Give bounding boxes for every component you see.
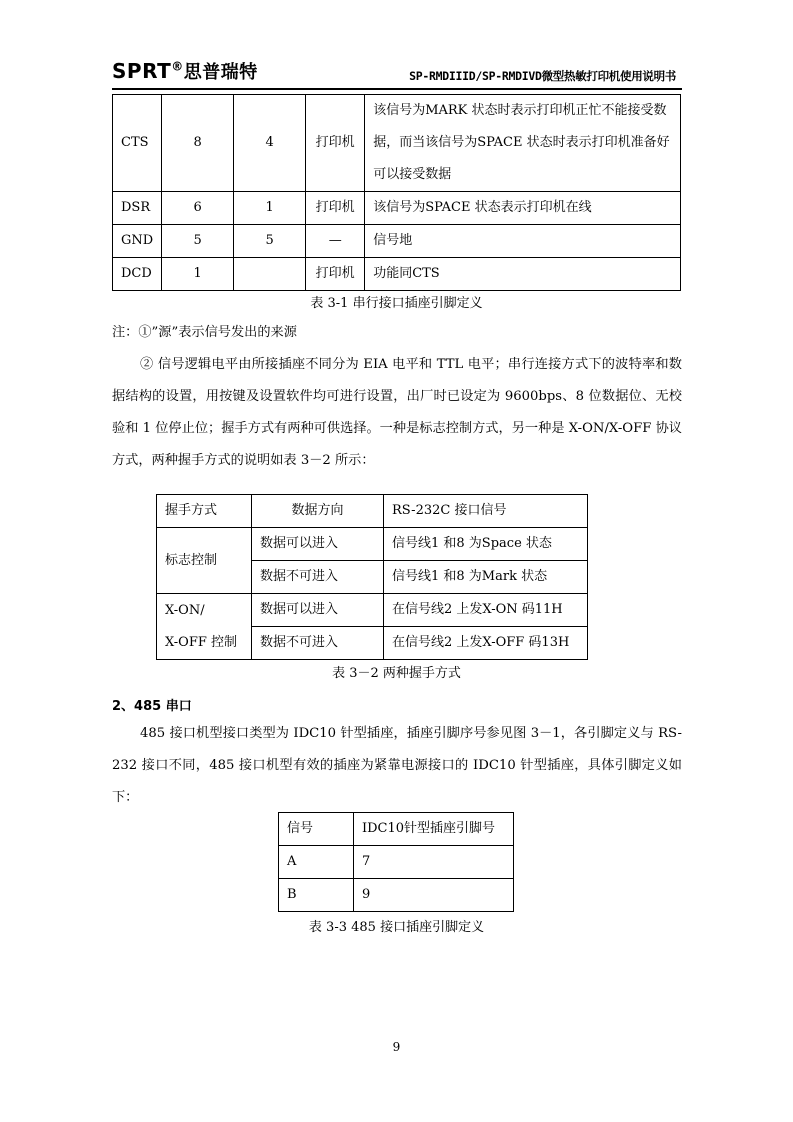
signal-cell: 在信号线2 上发X-ON 码11H — [384, 594, 588, 627]
table-row: DCD 1 打印机 功能同CTS — [113, 258, 681, 291]
description-cell: 信号地 — [365, 225, 681, 258]
brand-logo: SPRT®思普瑞特 — [112, 58, 258, 84]
signal-cell: DSR — [113, 192, 162, 225]
pin-cell: 7 — [354, 846, 514, 879]
description-cell: 该信号为SPACE 状态表示打印机在线 — [365, 192, 681, 225]
rs485-pin-table: 信号 IDC10针型插座引脚号 A 7 B 9 — [278, 812, 514, 912]
pin-cell: 6 — [162, 192, 234, 225]
table-caption: 表 3－2 两种握手方式 — [0, 662, 793, 681]
source-cell: 打印机 — [306, 258, 365, 291]
signal-cell: 在信号线2 上发X-OFF 码13H — [384, 627, 588, 660]
document-title: SP-RMDIIID/SP-RMDIVD微型热敏打印机使用说明书 — [409, 68, 676, 84]
table-row: GND 5 5 — 信号地 — [113, 225, 681, 258]
direction-cell: 数据可以进入 — [252, 594, 384, 627]
source-cell: 打印机 — [306, 192, 365, 225]
table-row: A 7 — [279, 846, 514, 879]
signal-cell: DCD — [113, 258, 162, 291]
table-header-row: 握手方式 数据方向 RS-232C 接口信号 — [157, 495, 588, 528]
note-1: 注：①”源”表示信号发出的来源 — [112, 317, 682, 349]
method-line: X-ON/ — [165, 595, 243, 627]
column-header: RS-232C 接口信号 — [384, 495, 588, 528]
column-header: 数据方向 — [252, 495, 384, 528]
table-header-row: 信号 IDC10针型插座引脚号 — [279, 813, 514, 846]
section-heading: 2、485 串口 — [112, 695, 192, 714]
pin-cell — [234, 258, 306, 291]
direction-cell: 数据不可进入 — [252, 627, 384, 660]
column-header: IDC10针型插座引脚号 — [354, 813, 514, 846]
brand-name-cn: 思普瑞特 — [184, 62, 258, 83]
column-header: 信号 — [279, 813, 354, 846]
pin-cell: 1 — [162, 258, 234, 291]
table-row: DSR 6 1 打印机 该信号为SPACE 状态表示打印机在线 — [113, 192, 681, 225]
table-row: CTS 8 4 打印机 该信号为MARK 状态时表示打印机正忙不能接受数据，而当… — [113, 95, 681, 192]
handshake-table: 握手方式 数据方向 RS-232C 接口信号 标志控制 数据可以进入 信号线1 … — [156, 494, 588, 660]
description-cell: 功能同CTS — [365, 258, 681, 291]
page-number: 9 — [0, 1040, 793, 1054]
description-cell: 该信号为MARK 状态时表示打印机正忙不能接受数据，而当该信号为SPACE 状态… — [365, 95, 681, 192]
pin-cell: 9 — [354, 879, 514, 912]
signal-cell: 信号线1 和8 为Mark 状态 — [384, 561, 588, 594]
table-caption: 表 3-3 485 接口插座引脚定义 — [0, 916, 793, 935]
method-line: X-OFF 控制 — [165, 627, 243, 659]
pin-cell: 1 — [234, 192, 306, 225]
direction-cell: 数据可以进入 — [252, 528, 384, 561]
table-caption: 表 3-1 串行接口插座引脚定义 — [0, 292, 793, 311]
source-cell: 打印机 — [306, 95, 365, 192]
signal-cell: B — [279, 879, 354, 912]
method-cell: X-ON/ X-OFF 控制 — [157, 594, 252, 660]
pin-cell: 5 — [162, 225, 234, 258]
direction-cell: 数据不可进入 — [252, 561, 384, 594]
table-row: B 9 — [279, 879, 514, 912]
column-header: 握手方式 — [157, 495, 252, 528]
signal-cell: CTS — [113, 95, 162, 192]
section-paragraph: 485 接口机型接口类型为 IDC10 针型插座，插座引脚序号参见图 3－1，各… — [112, 718, 682, 814]
method-cell: 标志控制 — [157, 528, 252, 594]
signal-cell: 信号线1 和8 为Space 状态 — [384, 528, 588, 561]
table-row: X-ON/ X-OFF 控制 数据可以进入 在信号线2 上发X-ON 码11H — [157, 594, 588, 627]
signal-cell: A — [279, 846, 354, 879]
pin-cell: 5 — [234, 225, 306, 258]
pin-cell: 8 — [162, 95, 234, 192]
pin-cell: 4 — [234, 95, 306, 192]
registered-mark: ® — [171, 59, 184, 73]
page-header: SPRT®思普瑞特 SP-RMDIIID/SP-RMDIVD微型热敏打印机使用说… — [112, 58, 682, 90]
brand-name: SPRT — [112, 59, 171, 83]
serial-pin-table: CTS 8 4 打印机 该信号为MARK 状态时表示打印机正忙不能接受数据，而当… — [112, 94, 681, 291]
signal-cell: GND — [113, 225, 162, 258]
source-cell: — — [306, 225, 365, 258]
table-row: 标志控制 数据可以进入 信号线1 和8 为Space 状态 — [157, 528, 588, 561]
note-2: ② 信号逻辑电平由所接插座不同分为 EIA 电平和 TTL 电平；串行连接方式下… — [112, 349, 682, 477]
